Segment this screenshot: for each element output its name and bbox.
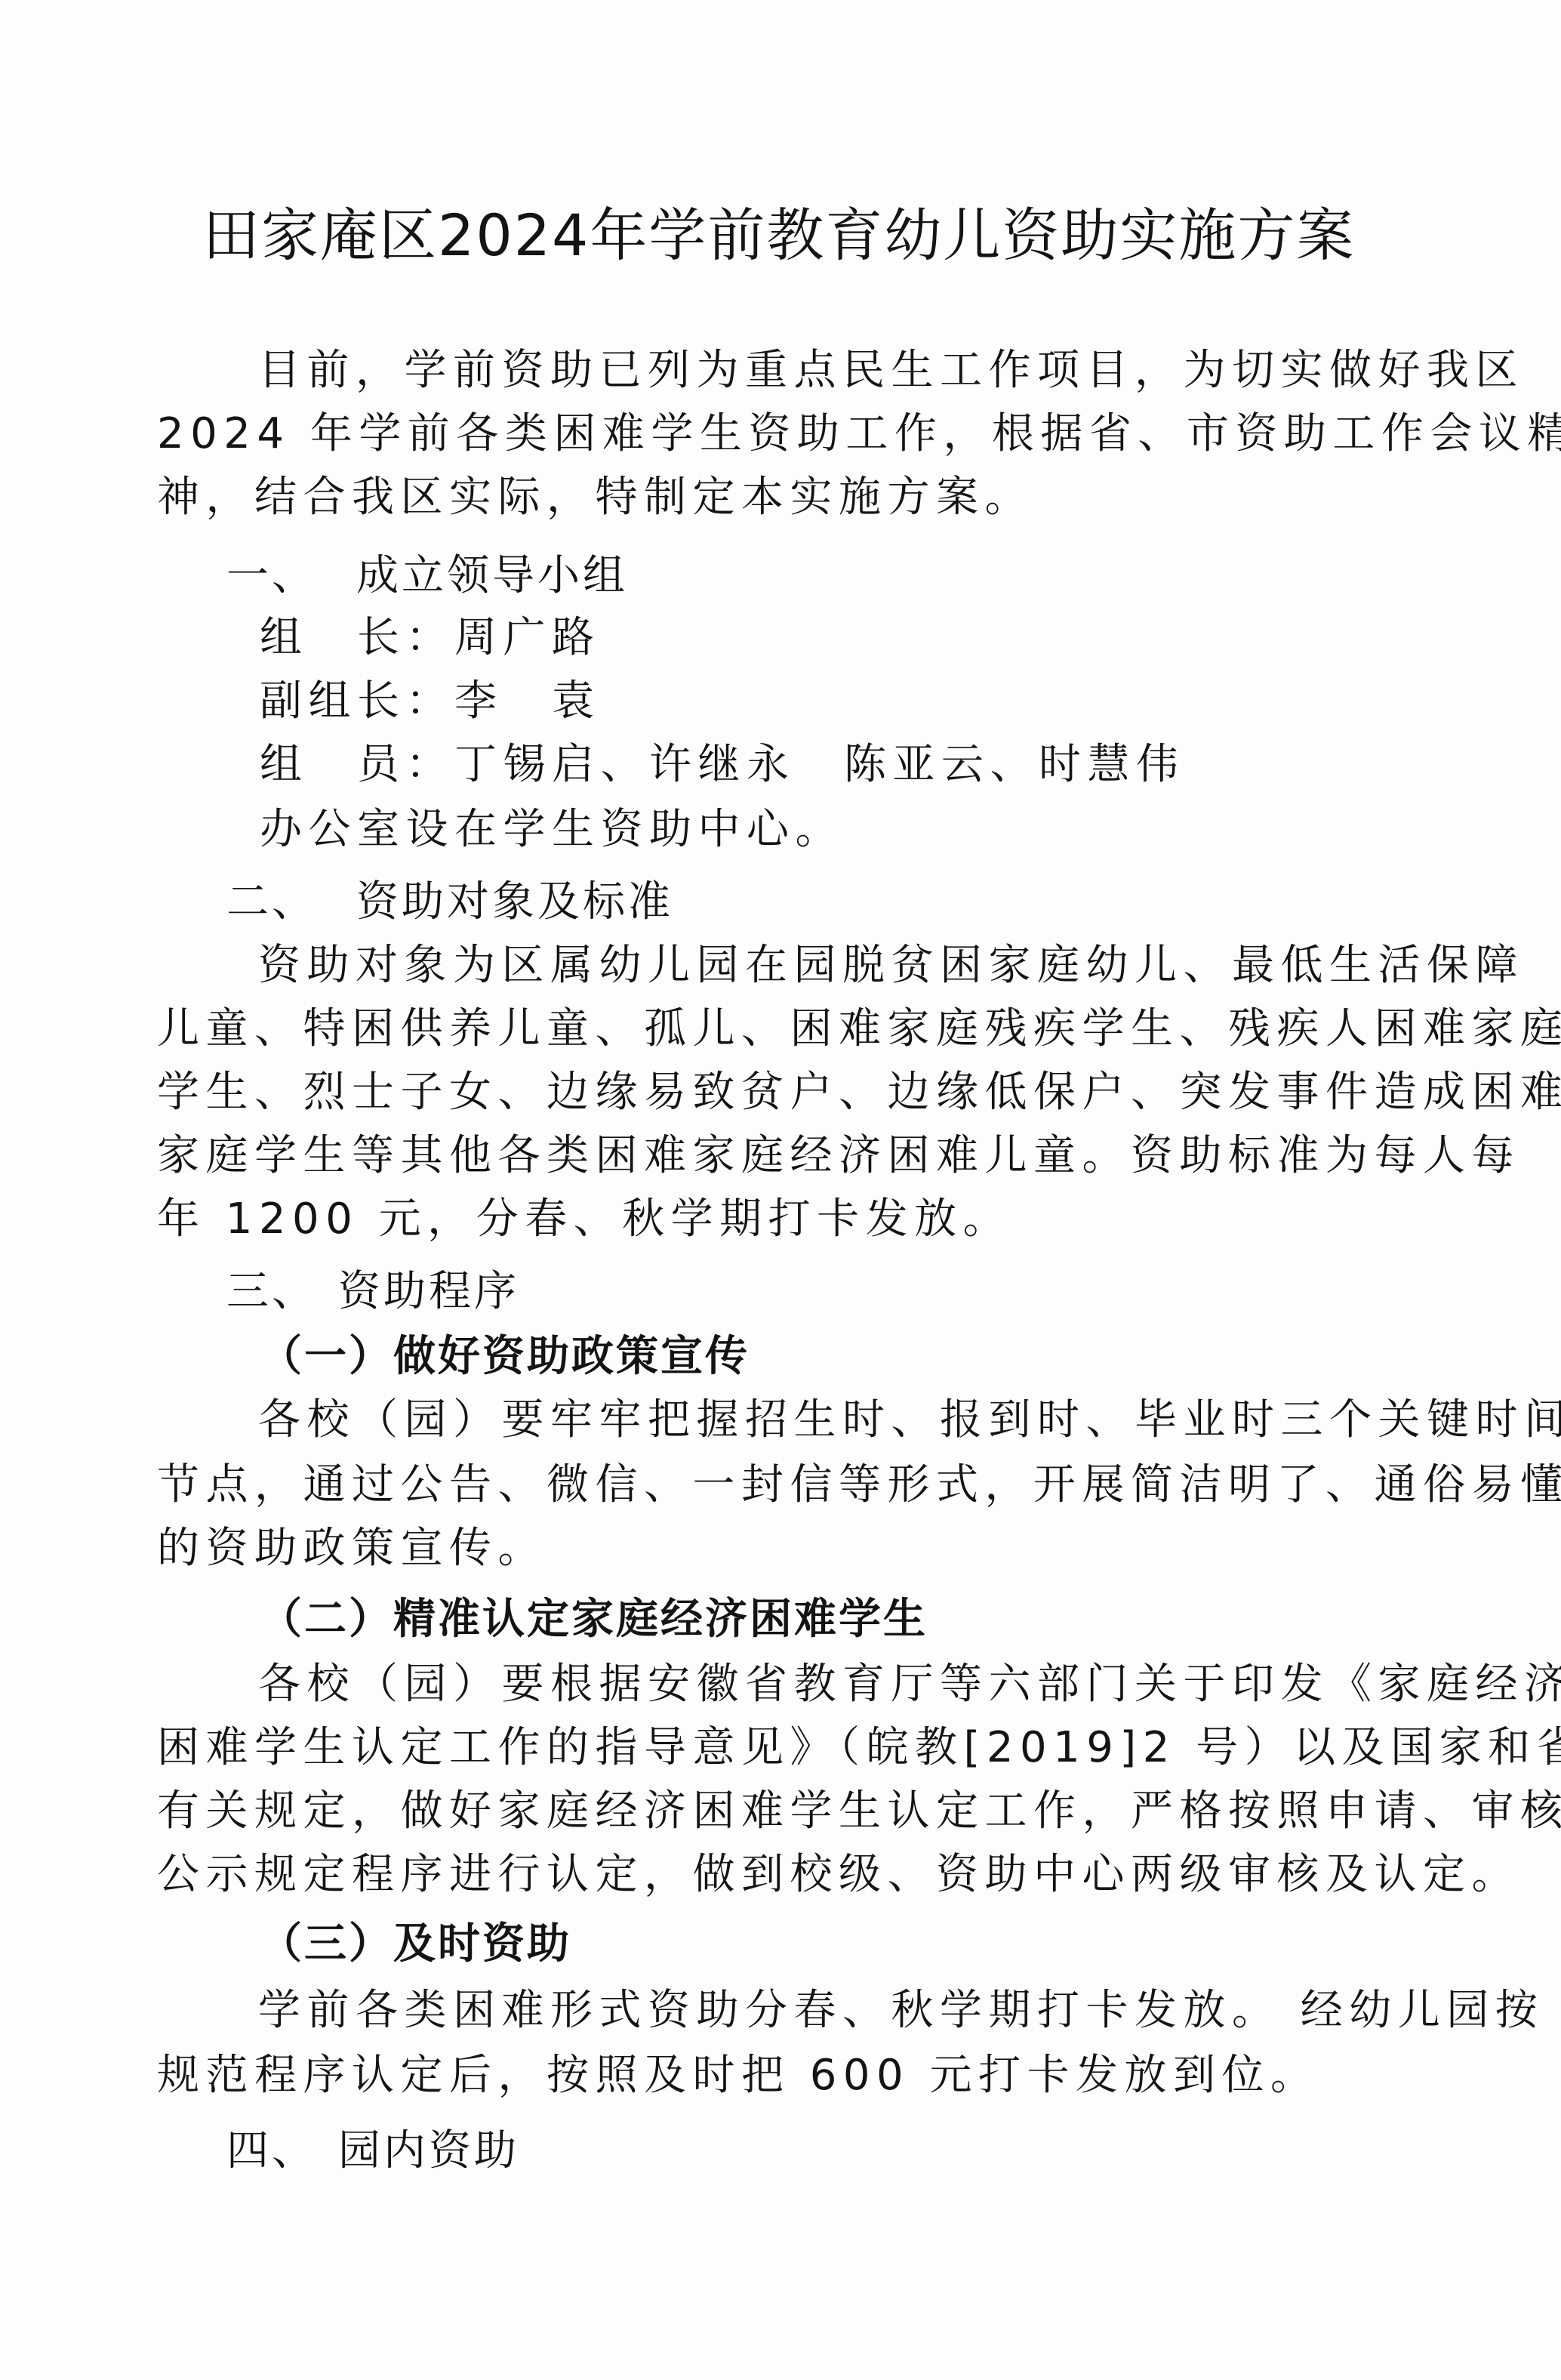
subsection-1-heading: （一）做好资助政策宣传	[260, 1330, 750, 1383]
subsection-1-line-1: 各校（园）要牢牢把握招生时、报到时、毕业时三个关键时间	[258, 1394, 1561, 1447]
members-names: 丁锡启、许继永 陈亚云、时慧伟	[454, 740, 1185, 789]
subsection-2-heading: （二）精准认定家庭经济困难学生	[260, 1593, 928, 1646]
leader-row: 组 长：周广路	[260, 612, 601, 664]
subsection-2-line-2: 困难学生认定工作的指导意见》（皖教[2019]2 号）以及国家和省	[157, 1722, 1561, 1774]
subsection-2-line-4: 公示规定程序进行认定，做到校级、资助中心两级审核及认定。	[157, 1848, 1520, 1901]
subsection-1-line-2: 节点，通过公告、微信、一封信等形式，开展简洁明了、通俗易懂	[157, 1459, 1561, 1512]
section-3-heading: 三、资助程序	[226, 1266, 519, 1318]
section-1-number: 一、	[226, 551, 317, 600]
section-2-number: 二、	[226, 877, 317, 926]
deputy-label: 副组长：	[260, 677, 454, 726]
subsection-3-heading: （三）及时资助	[260, 1918, 571, 1971]
subsection-3-line-2: 规范程序认定后，按照及时把 600 元打卡发放到位。	[157, 2049, 1319, 2102]
subsection-2-line-3: 有关规定，做好家庭经济困难学生认定工作，严格按照申请、审核、	[157, 1785, 1561, 1838]
intro-line-1: 目前，学前资助已列为重点民生工作项目，为切实做好我区	[258, 344, 1524, 397]
section-2-line-1: 资助对象为区属幼儿园在园脱贫困家庭幼儿、最低生活保障	[258, 939, 1524, 992]
section-1-heading: 一、成立领导小组	[226, 550, 628, 603]
section-2-line-5: 年 1200 元，分春、秋学期打卡发放。	[157, 1193, 1011, 1246]
section-2-line-4: 家庭学生等其他各类困难家庭经济困难儿童。资助标准为每人每	[157, 1130, 1520, 1182]
document-title: 田家庵区2024年学前教育幼儿资助实施方案	[202, 198, 1425, 273]
section-4-title: 园内资助	[338, 2126, 519, 2175]
subsection-2-line-1: 各校（园）要根据安徽省教育厅等六部门关于印发《家庭经济	[258, 1658, 1561, 1711]
leader-name: 周广路	[454, 613, 601, 662]
section-2-heading: 二、资助对象及标准	[226, 876, 673, 929]
section-1-title: 成立领导小组	[356, 551, 628, 600]
subsection-3-line-1: 学前各类困难形式资助分春、秋学期打卡发放。 经幼儿园按	[258, 1984, 1544, 2037]
subsection-1-line-3: 的资助政策宣传。	[157, 1522, 547, 1575]
section-3-title: 资助程序	[338, 1267, 519, 1316]
section-4-heading: 四、园内资助	[226, 2125, 519, 2178]
leader-label: 组 长：	[260, 613, 454, 662]
section-2-line-3: 学生、烈士子女、边缘易致贫户、边缘低保户、突发事件造成困难	[157, 1066, 1561, 1119]
members-label: 组 员：	[260, 740, 454, 789]
deputy-name: 李 袁	[454, 677, 601, 726]
section-4-number: 四、	[226, 2126, 317, 2175]
members-row: 组 员：丁锡启、许继永 陈亚云、时慧伟	[260, 738, 1185, 791]
intro-line-3: 神，结合我区实际，特制定本实施方案。	[157, 471, 1033, 524]
office-note: 办公室设在学生资助中心。	[260, 803, 844, 856]
intro-line-2: 2024 年学前各类困难学生资助工作，根据省、市资助工作会议精	[157, 408, 1561, 461]
section-3-number: 三、	[226, 1267, 317, 1316]
section-2-title: 资助对象及标准	[356, 877, 673, 926]
deputy-row: 副组长：李 袁	[260, 675, 601, 728]
section-2-line-2: 儿童、特困供养儿童、孤儿、困难家庭残疾学生、残疾人困难家庭	[157, 1003, 1561, 1056]
document-page: 田家庵区2024年学前教育幼儿资助实施方案 目前，学前资助已列为重点民生工作项目…	[0, 0, 1561, 2380]
